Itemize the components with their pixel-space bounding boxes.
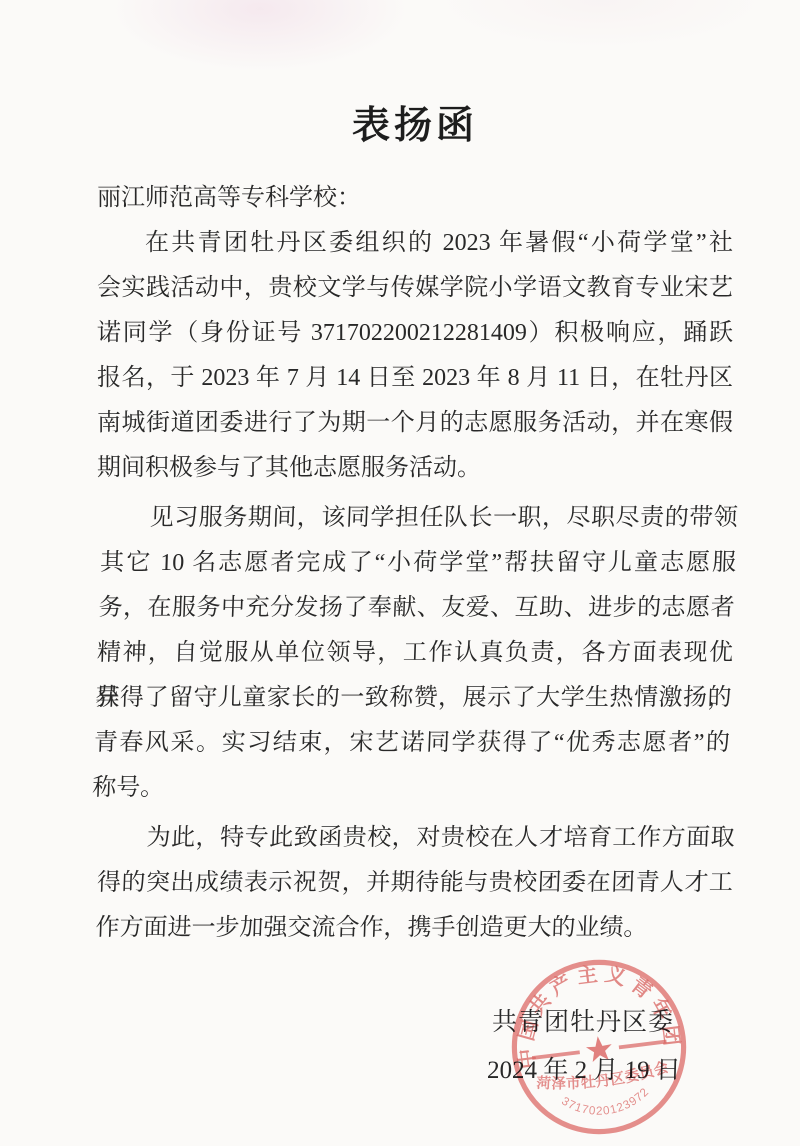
body-line: 在共青团牡丹区委组织的 2023 年暑假“小荷学堂”社	[97, 221, 733, 266]
seal-org-text: 菏泽市牡丹区委员会	[534, 1057, 672, 1098]
body-line: 见习服务期间，该同学担任队长一职，尽职尽责的带领	[101, 496, 739, 541]
letter-page: 表扬函 丽江师范高等专科学校： 在共青团牡丹区委组织的 2023 年暑假“小荷学…	[0, 0, 800, 1146]
body-line: 会实践活动中，贵校文学与传媒学院小学语文教育专业宋艺	[97, 266, 733, 311]
body-line: 诺同学（身份证号 371702200212281409）积极响应，踊跃	[97, 311, 733, 356]
seal-left-dash	[532, 1052, 580, 1058]
seal-star-icon	[585, 1035, 614, 1063]
body-line: 期间积极参与了其他志愿服务活动。	[97, 446, 733, 491]
official-seal: 中国共产主义青年团 菏泽市牡丹区委员会 3717020123972	[494, 942, 704, 1146]
body-line: 获得了留守儿童家长的一致称赞，展示了大学生热情激扬的	[95, 676, 733, 721]
body-line: 精神，自觉服从单位领导，工作认真负责，各方面表现优异，	[96, 631, 734, 676]
body-line: 称号。	[91, 766, 729, 811]
paragraph-3: 为此，特专此致函贵校，对贵校在人才培育工作方面取 得的突出成绩表示祝贺，并期待能…	[95, 816, 736, 951]
paragraph-2: 见习服务期间，该同学担任队长一职，尽职尽责的带领 其它 10 名志愿者完成了“小…	[91, 496, 738, 811]
letter-body: 丽江师范高等专科学校： 在共青团牡丹区委组织的 2023 年暑假“小荷学堂”社 …	[97, 176, 733, 951]
body-line: 南城街道团委进行了为期一个月的志愿服务活动，并在寒假	[97, 401, 733, 446]
seal-right-dash	[619, 1042, 667, 1048]
body-line: 其它 10 名志愿者完成了“小荷学堂”帮扶留守儿童志愿服	[99, 541, 737, 586]
body-line: 青春风采。实习结束，宋艺诺同学获得了“优秀志愿者”的	[93, 721, 731, 766]
body-line: 报名，于 2023 年 7 月 14 日至 2023 年 8 月 11 日，在牡…	[97, 356, 733, 401]
body-line: 作方面进一步加强交流合作，携手创造更大的业绩。	[95, 906, 733, 951]
scan-smudge	[430, 0, 770, 50]
letter-title: 表扬函	[97, 102, 733, 150]
scan-smudge	[110, 0, 410, 72]
salutation: 丽江师范高等专科学校：	[97, 176, 733, 221]
body-line: 为此，特专此致函贵校，对贵校在人才培育工作方面取	[98, 816, 736, 861]
body-line: 务，在服务中充分发扬了奉献、友爱、互助、进步的志愿者	[98, 586, 736, 631]
paragraph-1: 在共青团牡丹区委组织的 2023 年暑假“小荷学堂”社 会实践活动中，贵校文学与…	[97, 221, 733, 491]
body-line: 得的突出成绩表示祝贺，并期待能与贵校团委在团青人才工	[96, 861, 734, 906]
